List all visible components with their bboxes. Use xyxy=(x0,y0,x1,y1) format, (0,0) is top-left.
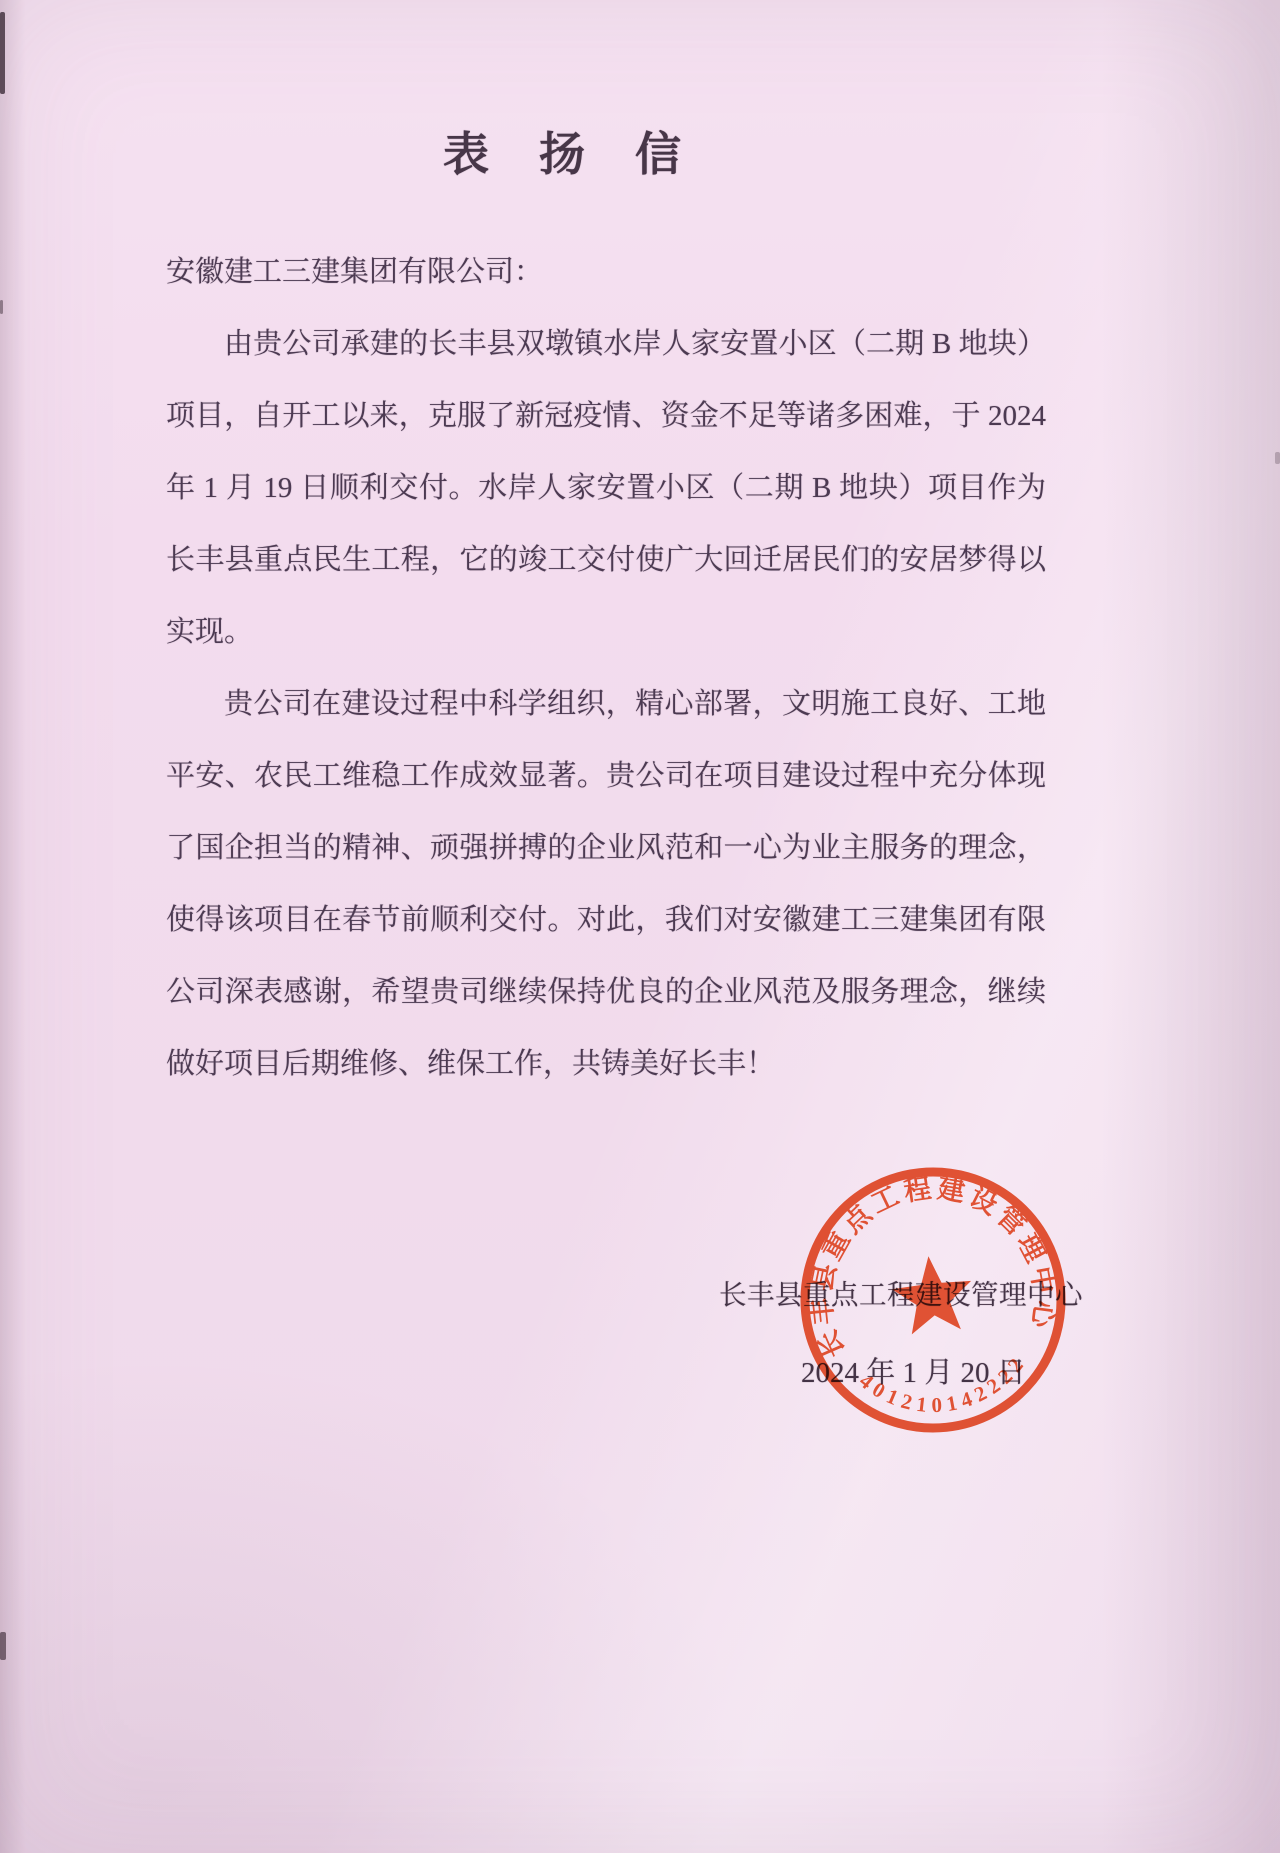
paper-edge-mark xyxy=(0,12,5,94)
paragraph-line: 做好项目后期维修、维保工作，共铸美好长丰！ xyxy=(166,1028,1046,1100)
paper-edge-mark xyxy=(0,1632,6,1660)
official-seal: 长丰县重点工程建设管理中心 401210142222 xyxy=(781,1148,1084,1451)
paragraph-line: 实现。 xyxy=(166,596,1046,668)
paragraph-1: 由贵公司承建的长丰县双墩镇水岸人家安置小区（二期 B 地块） 项目，自开工以来，… xyxy=(166,308,1046,668)
paragraph-line: 项目，自开工以来，克服了新冠疫情、资金不足等诸多困难，于 2024 xyxy=(166,380,1046,452)
paragraph-line: 平安、农民工维稳工作成效显著。贵公司在项目建设过程中充分体现 xyxy=(166,740,1046,812)
paper-edge-mark xyxy=(1275,452,1280,464)
paragraph-line: 使得该项目在春节前顺利交付。对此，我们对安徽建工三建集团有限 xyxy=(166,884,1046,956)
paragraph-line: 由贵公司承建的长丰县双墩镇水岸人家安置小区（二期 B 地块） xyxy=(166,308,1046,380)
paragraph-line: 公司深表感谢，希望贵司继续保持优良的企业风范及服务理念，继续 xyxy=(166,956,1046,1028)
paragraph-line: 长丰县重点民生工程，它的竣工交付使广大回迁居民们的安居梦得以 xyxy=(166,524,1046,596)
paragraph-line: 了国企担当的精神、顽强拼搏的企业风范和一心为业主服务的理念， xyxy=(166,812,1046,884)
letter-body: 安徽建工三建集团有限公司： 由贵公司承建的长丰县双墩镇水岸人家安置小区（二期 B… xyxy=(166,236,1046,1100)
paragraph-line: 年 1 月 19 日顺利交付。水岸人家安置小区（二期 B 地块）项目作为 xyxy=(166,452,1046,524)
commendation-letter-photo: 表 扬 信 安徽建工三建集团有限公司： 由贵公司承建的长丰县双墩镇水岸人家安置小… xyxy=(0,0,1280,1853)
seal-star-icon xyxy=(889,1252,976,1336)
salutation: 安徽建工三建集团有限公司： xyxy=(166,236,1046,308)
paragraph-2: 贵公司在建设过程中科学组织，精心部署，文明施工良好、工地 平安、农民工维稳工作成… xyxy=(166,668,1046,1100)
letter-title: 表 扬 信 xyxy=(0,118,1126,184)
paper-edge-mark xyxy=(0,300,3,314)
paragraph-line: 贵公司在建设过程中科学组织，精心部署，文明施工良好、工地 xyxy=(166,668,1046,740)
